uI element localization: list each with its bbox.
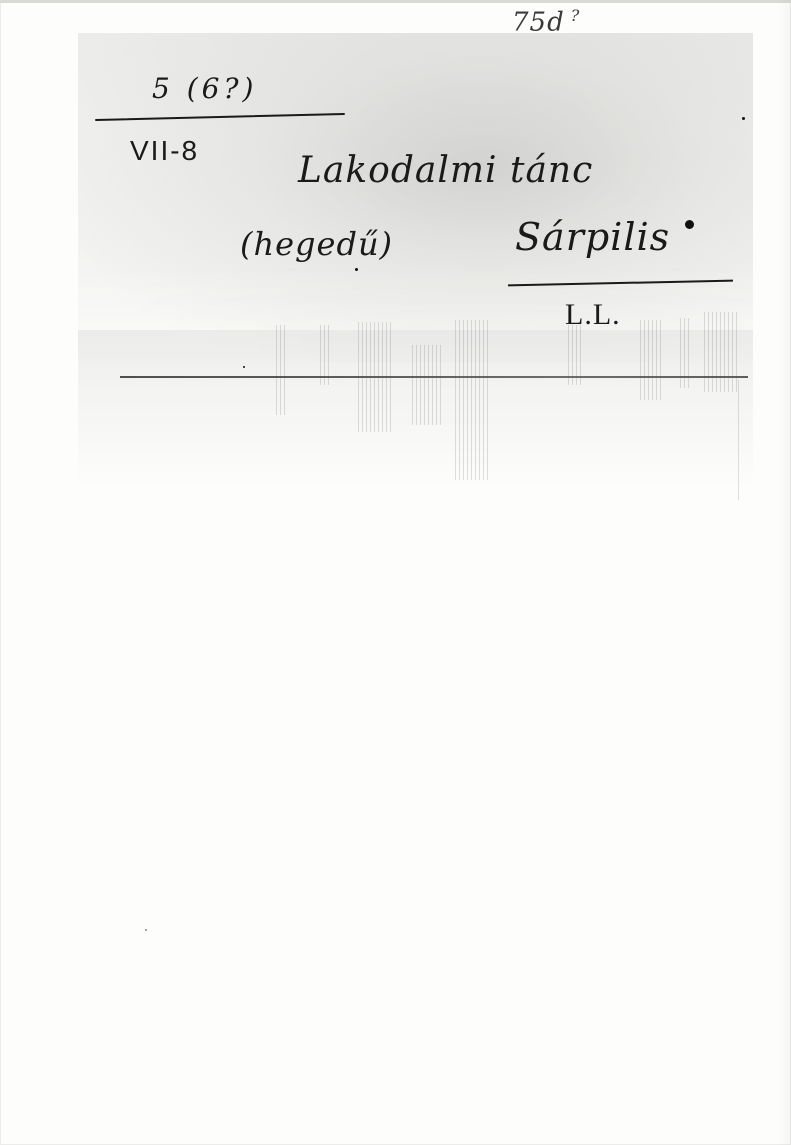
song-title: Lakodalmi tánc	[298, 150, 593, 191]
ink-dot	[243, 366, 245, 368]
catalog-number-suffix: ?	[571, 6, 581, 25]
page-edge-shadow	[777, 0, 791, 1145]
notation-ghost-mark	[455, 320, 491, 480]
catalog-number-value: 75d	[512, 8, 565, 38]
document-page: 75d? 5 (6?) VII-8 Lakodalmi tánc (hegedű…	[0, 0, 791, 1145]
ink-dot	[742, 117, 745, 120]
ink-dot	[685, 220, 694, 229]
notation-ghost-mark	[738, 380, 742, 500]
collector-initials: L.L.	[565, 298, 621, 332]
page-top-border	[0, 0, 791, 3]
notation-ghost-mark	[640, 320, 664, 400]
catalog-number: 75d?	[512, 6, 580, 38]
instrument-label: (hegedű)	[240, 225, 393, 263]
reference-top: 5 (6?)	[152, 72, 257, 105]
ink-dot	[145, 929, 147, 931]
ink-dot	[355, 268, 358, 271]
reference-bottom: VII-8	[130, 135, 199, 167]
place-name: Sárpilis	[515, 215, 670, 259]
notation-ghost-mark	[276, 325, 286, 415]
baseline-rule	[120, 376, 748, 378]
notation-ghost-mark	[704, 312, 740, 392]
notation-ghost-mark	[412, 345, 442, 425]
